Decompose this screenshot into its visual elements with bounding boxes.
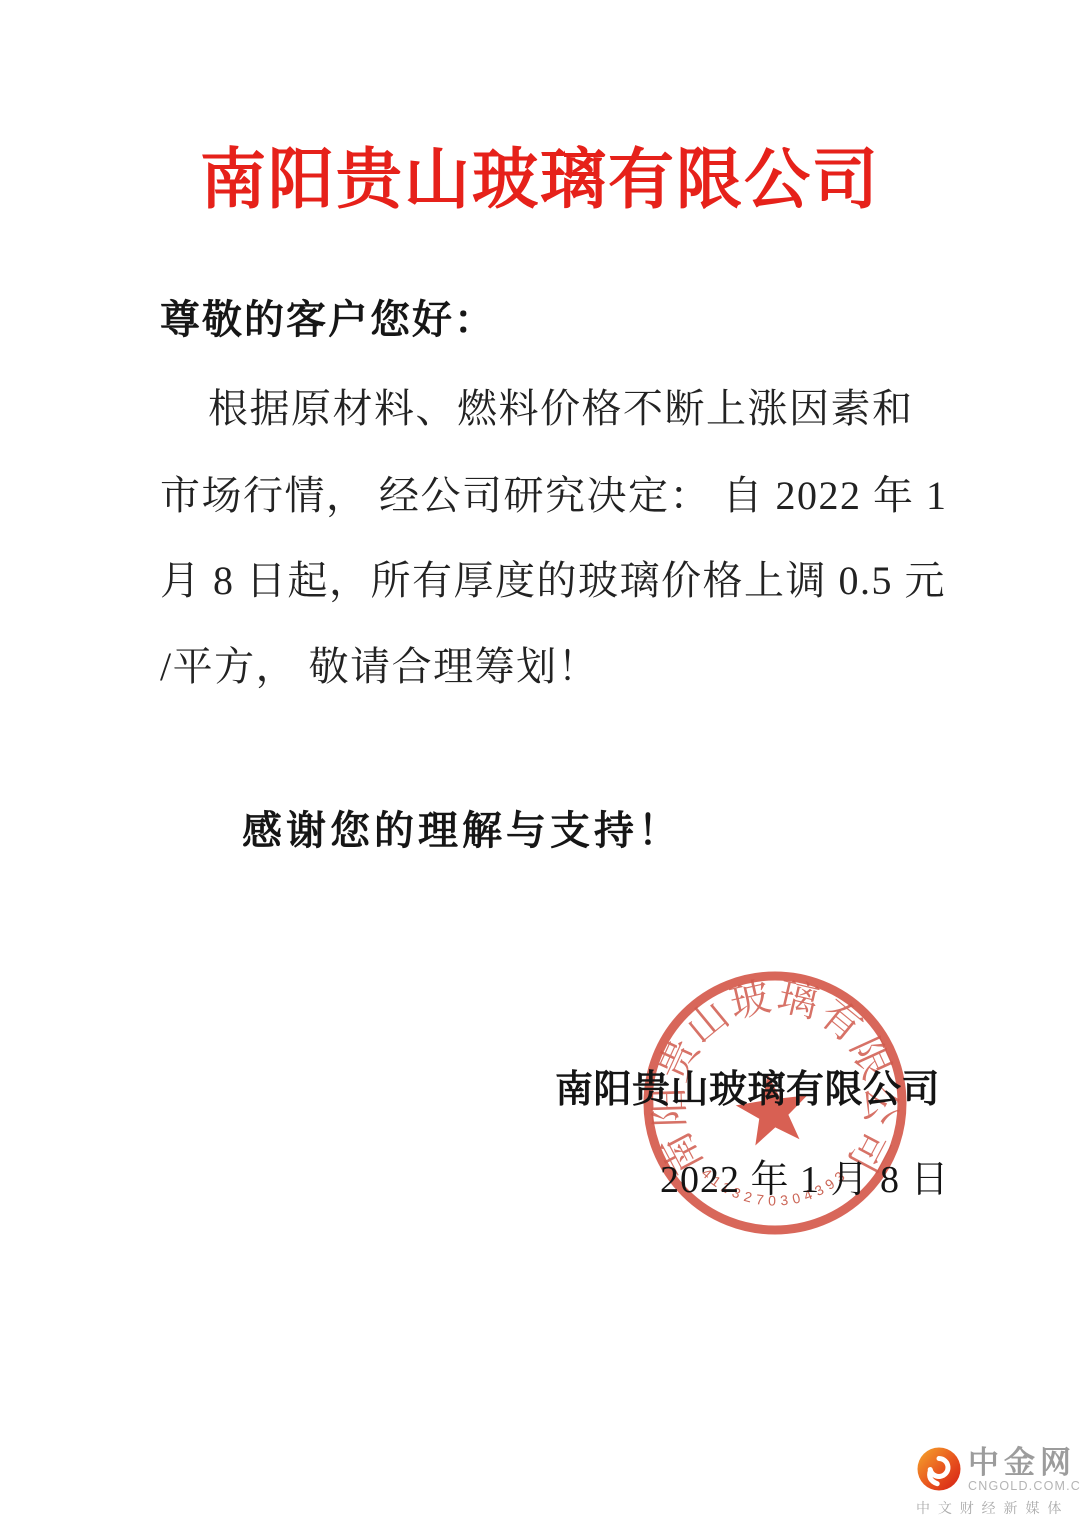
signature-date: 2022 年 1 月 8 日 xyxy=(660,1148,950,1203)
cngold-logo-icon xyxy=(916,1446,962,1492)
signature-company: 南阳贵山玻璃有限公司 xyxy=(555,1058,940,1113)
greeting-line: 尊敬的客户您好： xyxy=(160,288,496,345)
watermark-domain: CNGOLD.COM.CN xyxy=(968,1479,1080,1493)
body-line-2: 市场行情， 经公司研究决定： 自 2022 年 1 xyxy=(160,464,948,521)
watermark-brand: 中金网 xyxy=(968,1446,1080,1479)
watermark-text-block: 中金网 CNGOLD.COM.CN xyxy=(968,1446,1080,1493)
watermark-tagline: 中 文 财 经 新 媒 体 xyxy=(916,1498,1074,1518)
document-page: 南阳贵山玻璃有限公司 尊敬的客户您好： 根据原材料、燃料价格不断上涨因素和 市场… xyxy=(0,0,1080,1527)
company-letterhead-title: 南阳贵山玻璃有限公司 xyxy=(0,126,1080,221)
watermark-row: 中金网 CNGOLD.COM.CN xyxy=(916,1446,1074,1493)
body-line-3: 月 8 日起，所有厚度的玻璃价格上调 0.5 元 xyxy=(160,549,946,606)
body-line-1: 根据原材料、燃料价格不断上涨因素和 xyxy=(208,377,914,434)
site-watermark: 中金网 CNGOLD.COM.CN 中 文 财 经 新 媒 体 xyxy=(916,1446,1074,1518)
body-line-4: /平方， 敬请合理筹划！ xyxy=(160,635,599,692)
thanks-line: 感谢您的理解与支持！ xyxy=(242,799,682,856)
